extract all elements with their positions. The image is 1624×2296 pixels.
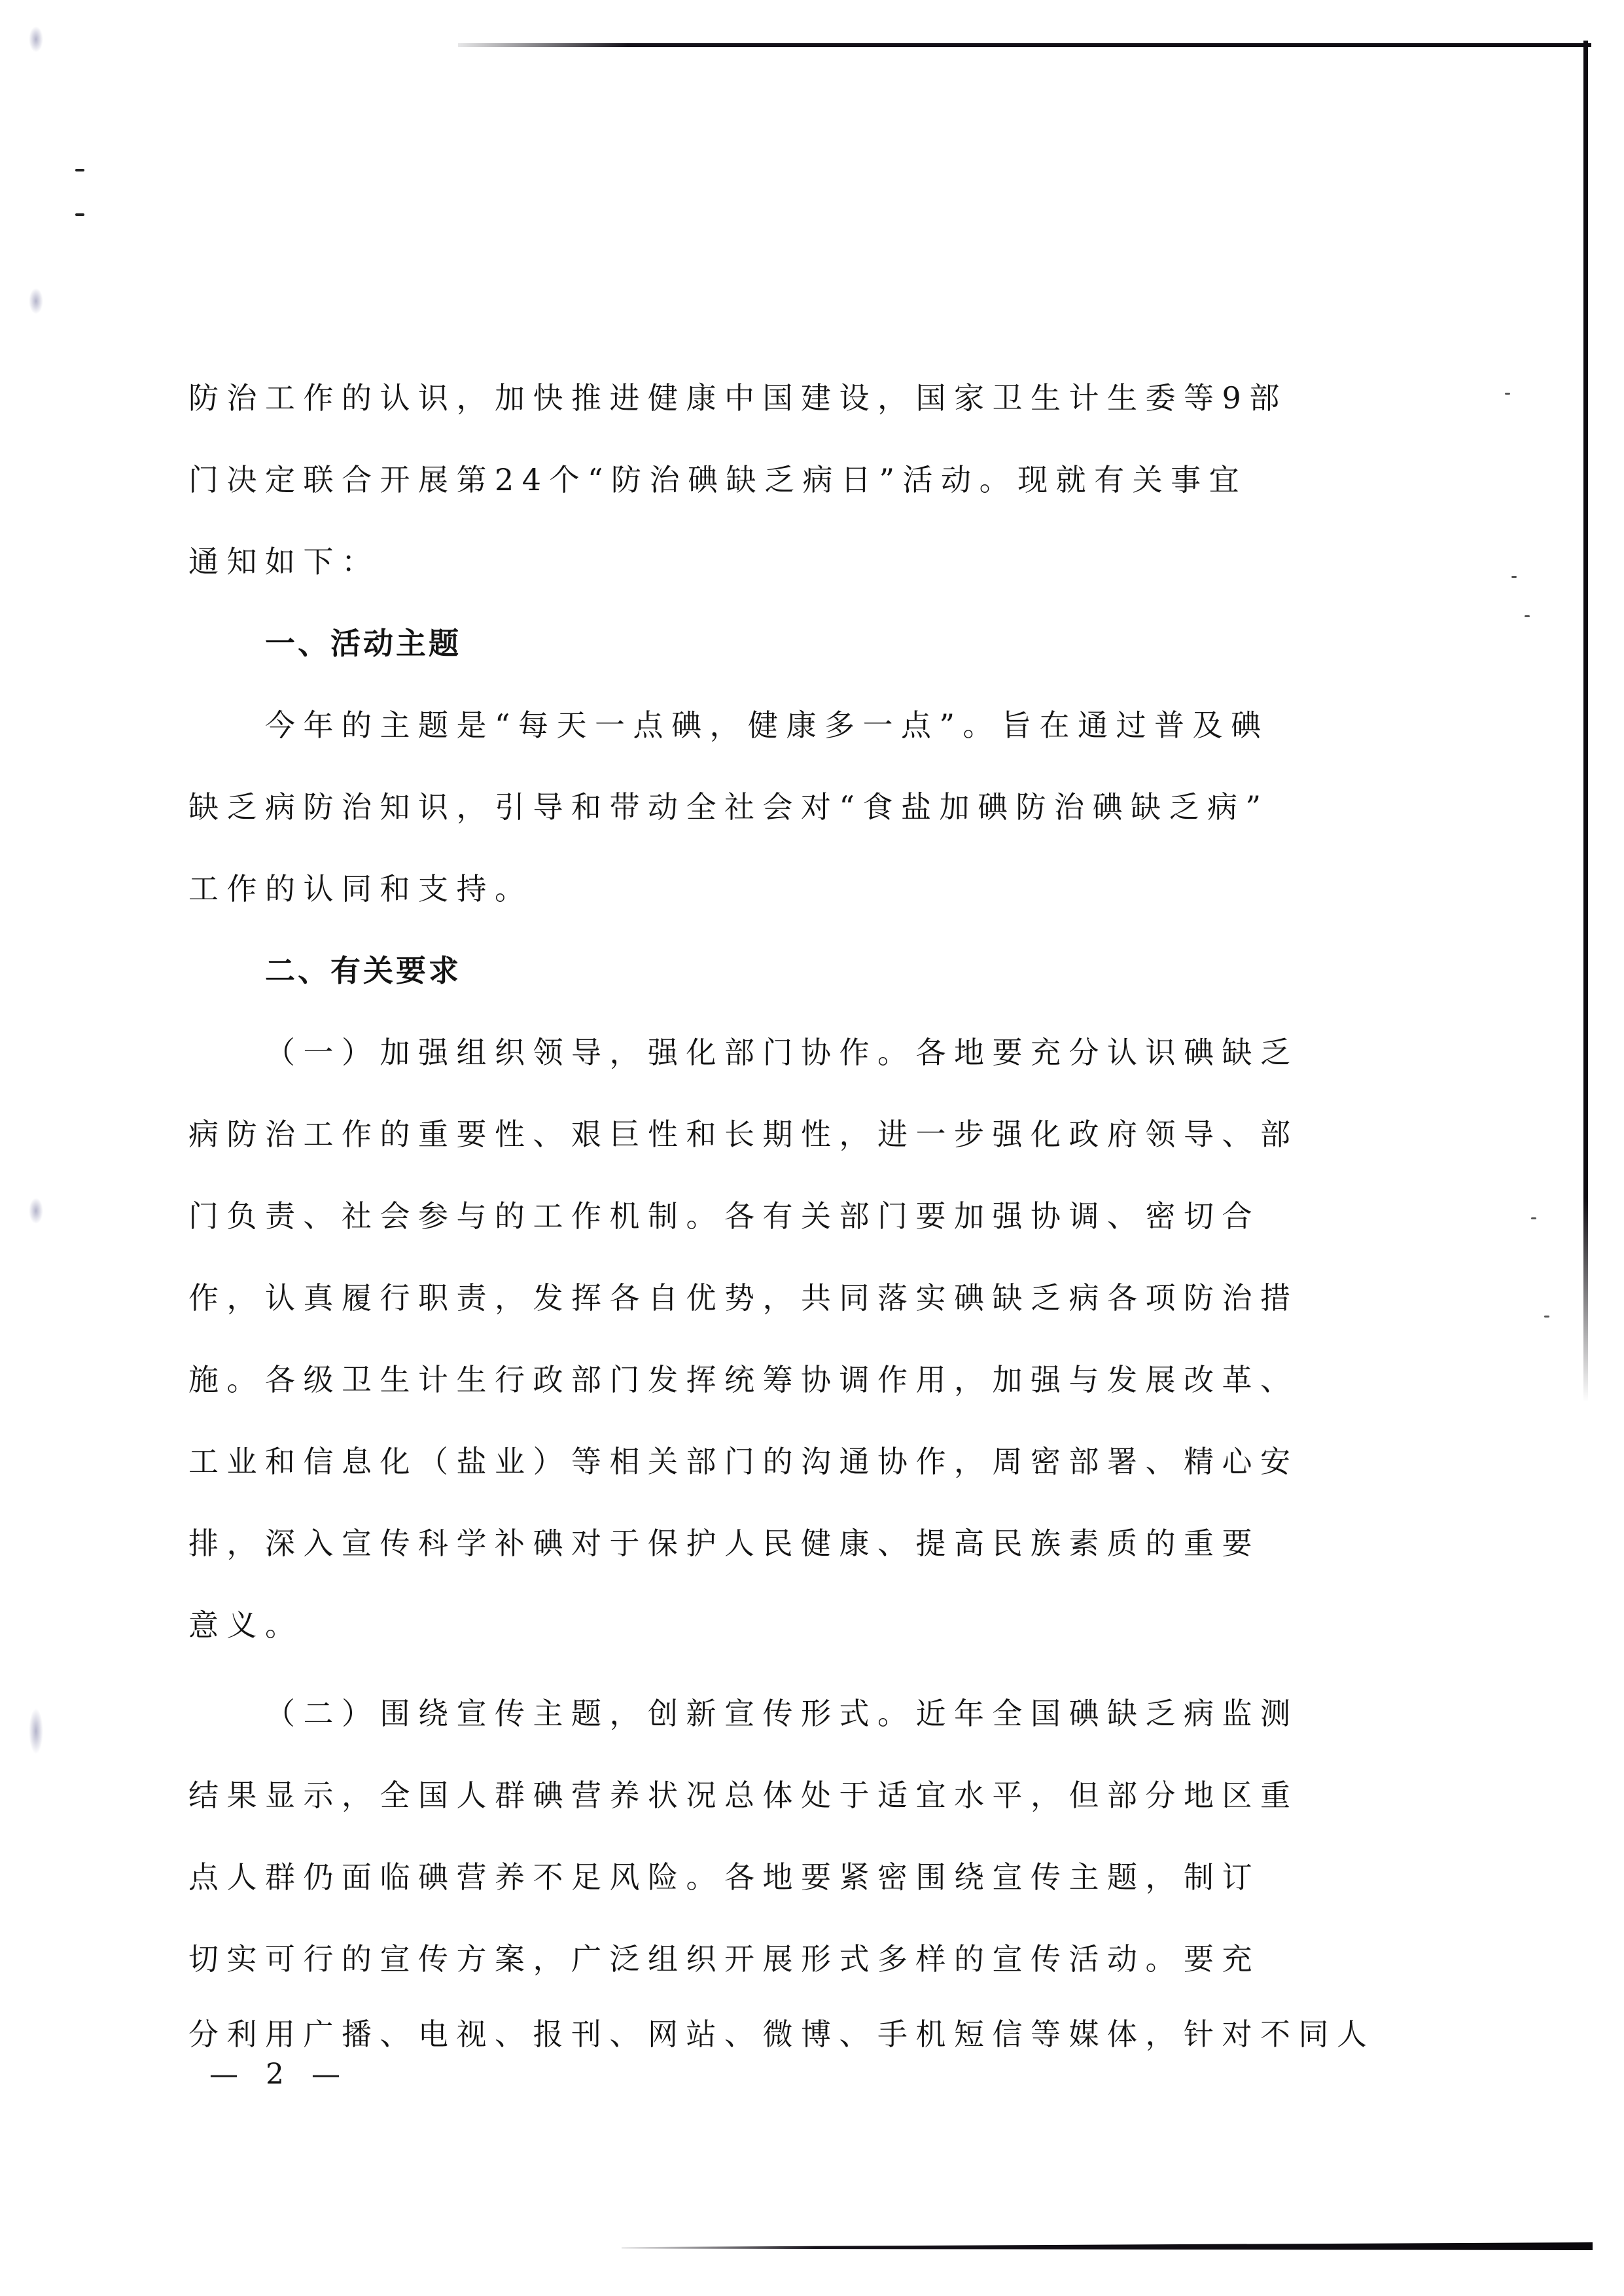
binding-hole-mark [29, 1708, 43, 1754]
scan-speck [1525, 615, 1530, 617]
margin-mark [75, 213, 84, 216]
body-line: 缺乏病防治知识，引导和带动全社会对“食盐加碘防治碘缺乏病” [188, 781, 1340, 833]
body-line: 结果显示，全国人群碘营养状况总体处于适宜水平，但部分地区重 [188, 1769, 1340, 1821]
scan-speck [1544, 1316, 1549, 1318]
body-line: 门决定联合开展第24个“防治碘缺乏病日”活动。现就有关事宜 [188, 454, 1340, 506]
section-heading-theme: 一、活动主题 [265, 617, 1417, 670]
binding-hole-mark [29, 288, 43, 314]
body-line: 门负责、社会参与的工作机制。各有关部门要加强协调、密切合 [188, 1190, 1340, 1242]
body-line: 作，认真履行职责，发挥各自优势，共同落实碘缺乏病各项防治措 [188, 1272, 1340, 1324]
body-line: 施。各级卫生计生行政部门发挥统筹协调作用，加强与发展改革、 [188, 1354, 1340, 1406]
binding-hole-mark [29, 1198, 43, 1224]
body-line: 通知如下： [188, 535, 1340, 588]
body-line: （一）加强组织领导，强化部门协作。各地要充分认识碘缺乏 [265, 1026, 1417, 1079]
body-line: 切实可行的宣传方案，广泛组织开展形式多样的宣传活动。要充 [188, 1933, 1340, 1985]
body-line: 意义。 [188, 1599, 1340, 1651]
body-line: （二）围绕宣传主题，创新宣传形式。近年全国碘缺乏病监测 [265, 1687, 1417, 1740]
scan-speck [1511, 576, 1517, 578]
body-line: 工作的认同和支持。 [188, 863, 1340, 915]
body-line: 点人群仍面临碘营养不足风险。各地要紧密围绕宣传主题，制订 [188, 1851, 1340, 1903]
body-line: 今年的主题是“每天一点碘，健康多一点”。旨在通过普及碘 [265, 699, 1417, 751]
scanned-document-page: 防治工作的认识，加快推进健康中国建设，国家卫生计生委等9部 门决定联合开展第24… [0, 0, 1624, 2296]
body-line: 防治工作的认识，加快推进健康中国建设，国家卫生计生委等9部 [188, 372, 1340, 424]
section-heading-requirements: 二、有关要求 [265, 944, 1417, 997]
margin-mark [75, 169, 84, 171]
scan-speck [1505, 393, 1510, 395]
body-line: 病防治工作的重要性、艰巨性和长期性，进一步强化政府领导、部 [188, 1108, 1340, 1160]
page-number: — 2 — [209, 2055, 349, 2094]
body-line: 排，深入宣传科学补碘对于保护人民健康、提高民族素质的重要 [188, 1517, 1340, 1570]
page-border-bottom [622, 2242, 1593, 2250]
page-border-right [1583, 41, 1588, 1402]
binding-hole-mark [29, 26, 43, 52]
body-line: 工业和信息化（盐业）等相关部门的沟通协作，周密部署、精心安 [188, 1435, 1340, 1488]
body-line: 分利用广播、电视、报刊、网站、微博、手机短信等媒体，针对不同人 [188, 2008, 1340, 2060]
page-border-top [458, 43, 1591, 47]
scan-speck [1531, 1217, 1536, 1219]
